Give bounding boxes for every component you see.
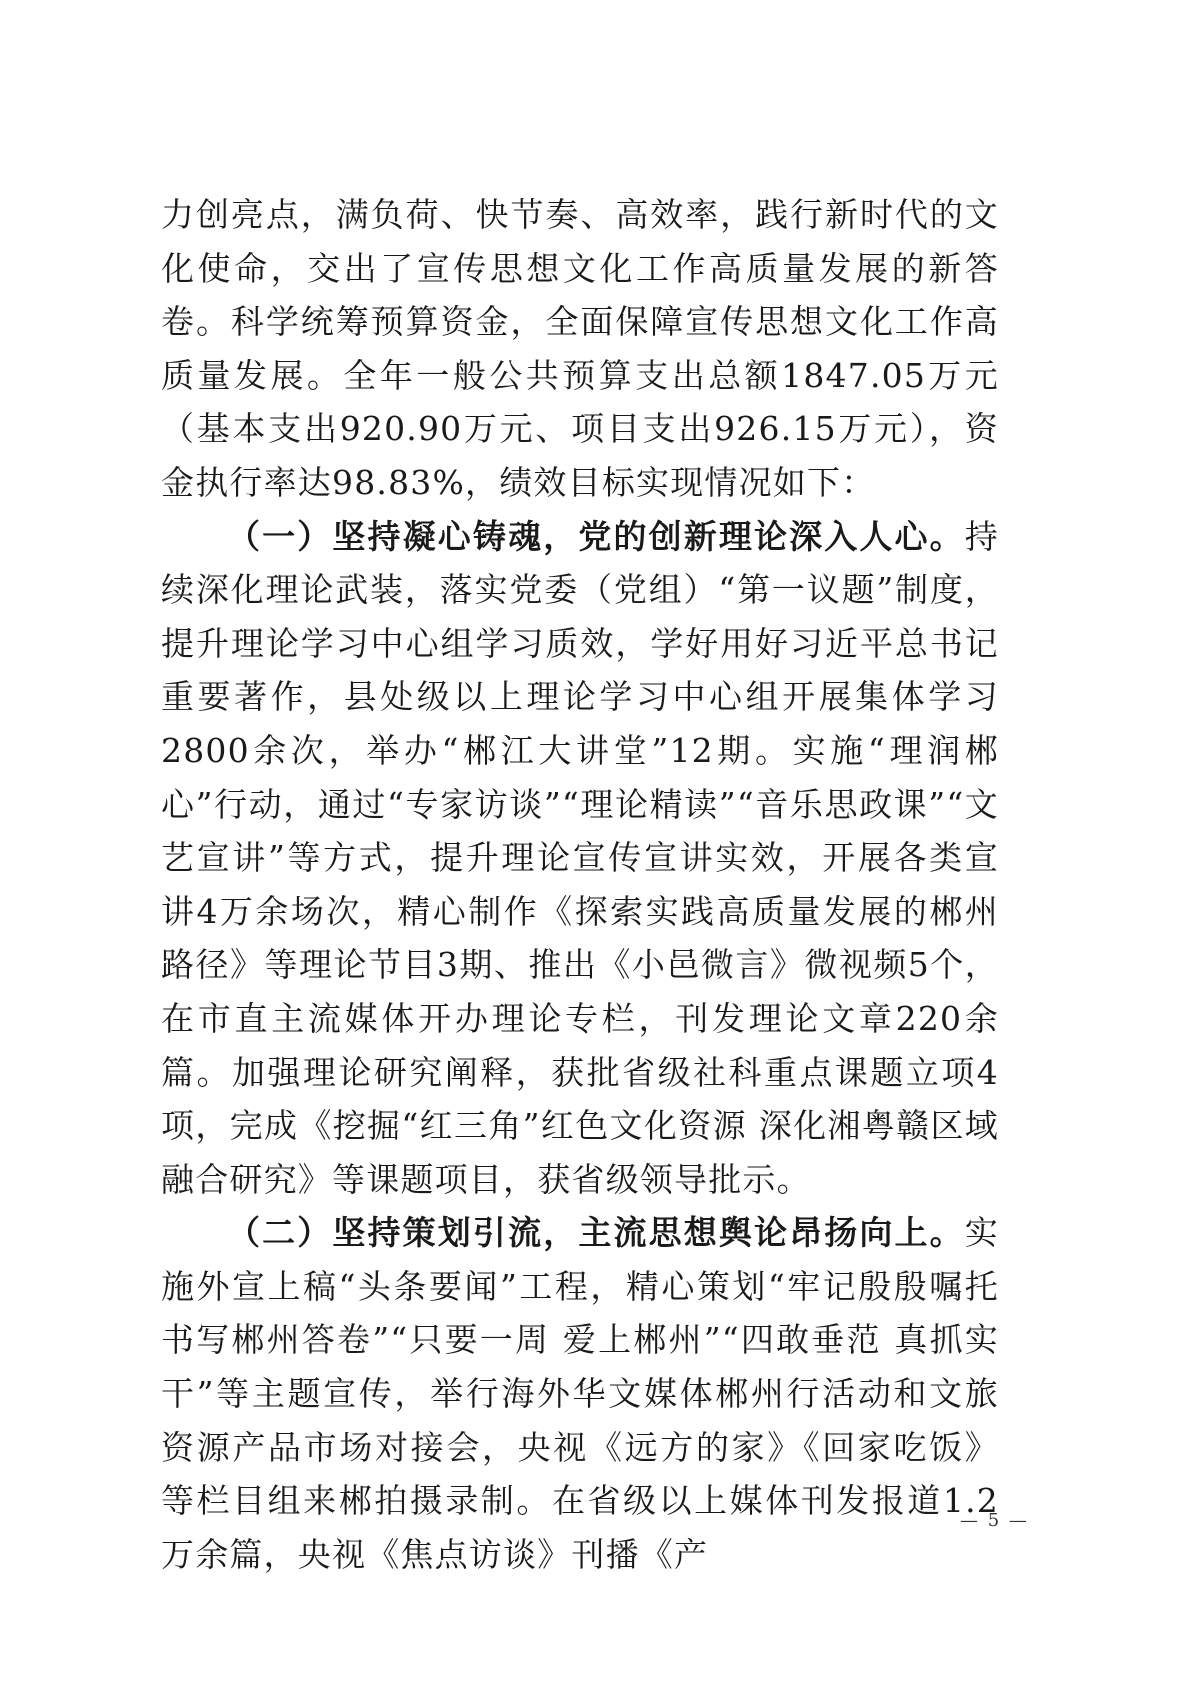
- paragraph-text: 实施外宣上稿“头条要闻”工程，精心策划“牢记殷殷嘱托 书写郴州答卷”“只要一周 …: [161, 1213, 999, 1574]
- section-heading: （二）坚持策划引流，主流思想舆论昂扬向上。: [227, 1213, 965, 1252]
- paragraph-text: 持续深化理论武装，落实党委（党组）“第一议题”制度，提升理论学习中心组学习质效，…: [161, 517, 999, 1199]
- section-heading: （一）坚持凝心铸魂，党的创新理论深入人心。: [227, 517, 965, 556]
- page-number: — 5 —: [960, 1510, 1029, 1531]
- paragraph-section-1: （一）坚持凝心铸魂，党的创新理论深入人心。持续深化理论武装，落实党委（党组）“第…: [161, 510, 999, 1207]
- paragraph-intro: 力创亮点，满负荷、快节奏、高效率，践行新时代的文化使命，交出了宣传思想文化工作高…: [161, 188, 999, 510]
- paragraph-text: 力创亮点，满负荷、快节奏、高效率，践行新时代的文化使命，交出了宣传思想文化工作高…: [161, 195, 999, 502]
- paragraph-section-2: （二）坚持策划引流，主流思想舆论昂扬向上。实施外宣上稿“头条要闻”工程，精心策划…: [161, 1206, 999, 1581]
- document-body: 力创亮点，满负荷、快节奏、高效率，践行新时代的文化使命，交出了宣传思想文化工作高…: [161, 188, 999, 1581]
